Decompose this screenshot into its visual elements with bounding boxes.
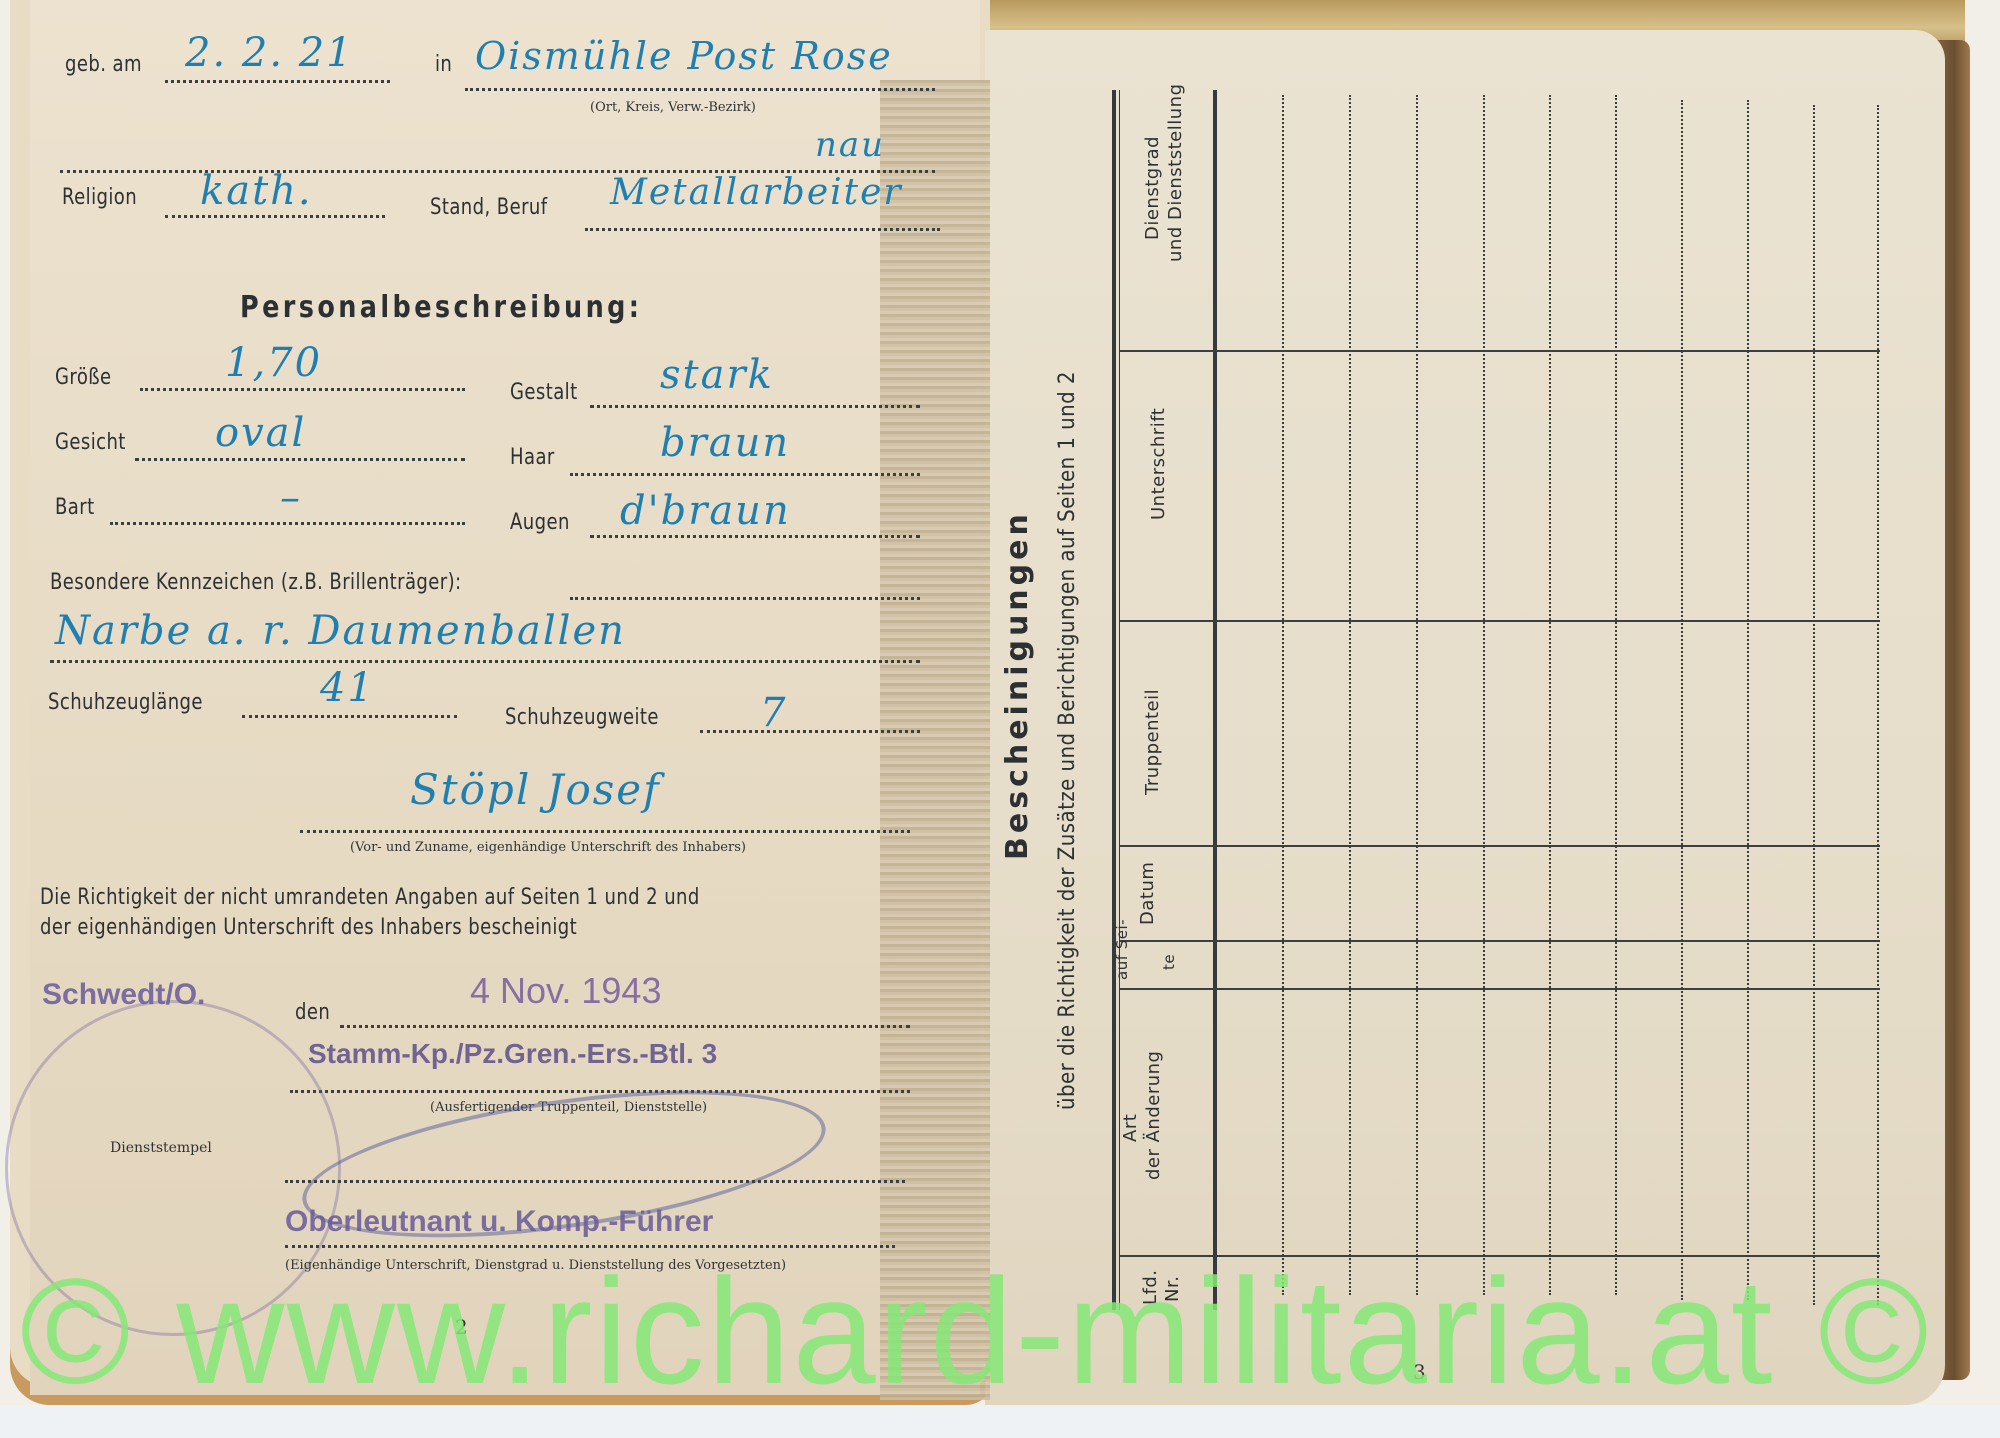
occupation-value: Metallarbeiter xyxy=(610,172,903,213)
born-date-line xyxy=(165,80,390,83)
divider-unterschrift xyxy=(1120,620,1880,622)
unit-line xyxy=(290,1090,910,1093)
table-header-border xyxy=(1213,90,1217,1310)
date-stamp: 4 Nov. 1943 xyxy=(470,970,661,1012)
service-stamp-label: Dienststempel xyxy=(110,1140,212,1156)
book-spine xyxy=(880,80,990,1400)
shoe-width-line xyxy=(700,730,920,733)
birthplace-hint: (Ort, Kreis, Verw.-Bezirk) xyxy=(590,100,756,115)
height-value: 1,70 xyxy=(225,340,322,386)
eyes-label: Augen xyxy=(510,510,570,535)
den-label: den xyxy=(295,1000,330,1025)
eyes-value: d'braun xyxy=(620,488,791,534)
build-label: Gestalt xyxy=(510,380,578,405)
special-marks-line-2 xyxy=(50,660,920,663)
entry-row-1[interactable] xyxy=(1282,95,1284,1295)
birthplace-value-2: nau xyxy=(815,125,885,165)
face-label: Gesicht xyxy=(55,430,126,455)
beard-line xyxy=(110,522,465,525)
header-seite-1: auf Sei- xyxy=(1113,919,1131,980)
header-unterschrift: Unterschrift xyxy=(1148,408,1169,520)
build-value: stark xyxy=(660,352,774,398)
face-line xyxy=(135,458,465,461)
beard-value: – xyxy=(280,475,302,521)
special-marks-value: Narbe a. r. Daumenballen xyxy=(55,608,626,654)
build-line xyxy=(590,405,920,408)
unit-stamp: Stamm-Kp./Pz.Gren.-Ers.-Btl. 3 xyxy=(308,1038,717,1070)
hair-label: Haar xyxy=(510,445,555,470)
header-dienstgrad-2: und Dienststellung xyxy=(1165,84,1186,263)
divider-datum xyxy=(1120,940,1880,942)
height-line xyxy=(140,388,465,391)
shoe-width-value: 7 xyxy=(760,690,787,736)
entry-row-9[interactable] xyxy=(1813,105,1815,1305)
entry-row-3[interactable] xyxy=(1416,95,1418,1295)
religion-value: kath. xyxy=(200,168,313,214)
religion-label: Religion xyxy=(62,185,137,210)
birthplace-line xyxy=(465,88,935,91)
special-marks-line xyxy=(570,597,920,600)
entry-row-7[interactable] xyxy=(1681,100,1683,1300)
special-marks-label: Besondere Kennzeichen (z.B. Brillenträge… xyxy=(50,570,462,595)
header-art-2: der Änderung xyxy=(1143,1051,1164,1181)
face-value: oval xyxy=(215,410,306,456)
header-seite-2: te xyxy=(1160,954,1178,970)
divider-dienstgrad xyxy=(1120,350,1880,352)
religion-line xyxy=(165,215,385,218)
holder-signature: Stöpl Josef xyxy=(410,765,661,814)
divider-truppenteil xyxy=(1120,845,1880,847)
eyes-line xyxy=(590,535,920,538)
hair-value: braun xyxy=(660,420,790,466)
date-line xyxy=(340,1025,910,1028)
hair-line xyxy=(570,473,920,476)
shoe-length-value: 41 xyxy=(320,665,375,711)
header-datum: Datum xyxy=(1137,862,1158,925)
entry-row-8[interactable] xyxy=(1747,100,1749,1300)
right-page xyxy=(985,30,1945,1405)
divider-seite xyxy=(1120,988,1880,990)
height-label: Größe xyxy=(55,365,112,390)
certifications-subtitle: über die Richtigkeit der Zusätze und Ber… xyxy=(1055,371,1080,1110)
copyright-watermark: © www.richard-militaria.at © xyxy=(20,1245,1931,1418)
header-art-1: Art xyxy=(1120,1114,1141,1142)
occupation-line xyxy=(585,228,940,231)
born-label: geb. am xyxy=(65,52,142,77)
entry-row-10[interactable] xyxy=(1877,105,1879,1305)
birthplace-value: Oismühle Post Rose xyxy=(475,34,893,78)
shoe-length-line xyxy=(242,715,457,718)
shoe-width-label: Schuhzeugweite xyxy=(505,705,659,730)
entry-row-4[interactable] xyxy=(1483,95,1485,1295)
holder-signature-hint: (Vor- und Zuname, eigenhändige Unterschr… xyxy=(350,840,746,855)
certification-text-2: der eigenhändigen Unterschrift des Inhab… xyxy=(40,915,577,940)
holder-signature-line xyxy=(300,830,910,833)
officer-signature-line xyxy=(285,1180,905,1183)
beard-label: Bart xyxy=(55,495,95,520)
personal-description-heading: Personalbeschreibung: xyxy=(240,290,642,325)
entry-row-5[interactable] xyxy=(1549,95,1551,1295)
born-in-label: in xyxy=(435,52,452,77)
shoe-length-label: Schuhzeuglänge xyxy=(48,690,203,715)
certification-text-1: Die Richtigkeit der nicht umrandeten Ang… xyxy=(40,885,700,910)
occupation-label: Stand, Beruf xyxy=(430,195,548,220)
certifications-title: Bescheinigungen xyxy=(1000,510,1035,860)
officer-rank-stamp: Oberleutnant u. Komp.-Führer xyxy=(285,1205,713,1239)
header-dienstgrad-1: Dienstgrad xyxy=(1142,136,1163,240)
entry-row-2[interactable] xyxy=(1349,95,1351,1295)
born-date-value: 2. 2. 21 xyxy=(185,30,354,76)
header-truppenteil: Truppenteil xyxy=(1142,689,1163,795)
entry-row-6[interactable] xyxy=(1615,95,1617,1295)
table-border-left xyxy=(1112,90,1116,1310)
